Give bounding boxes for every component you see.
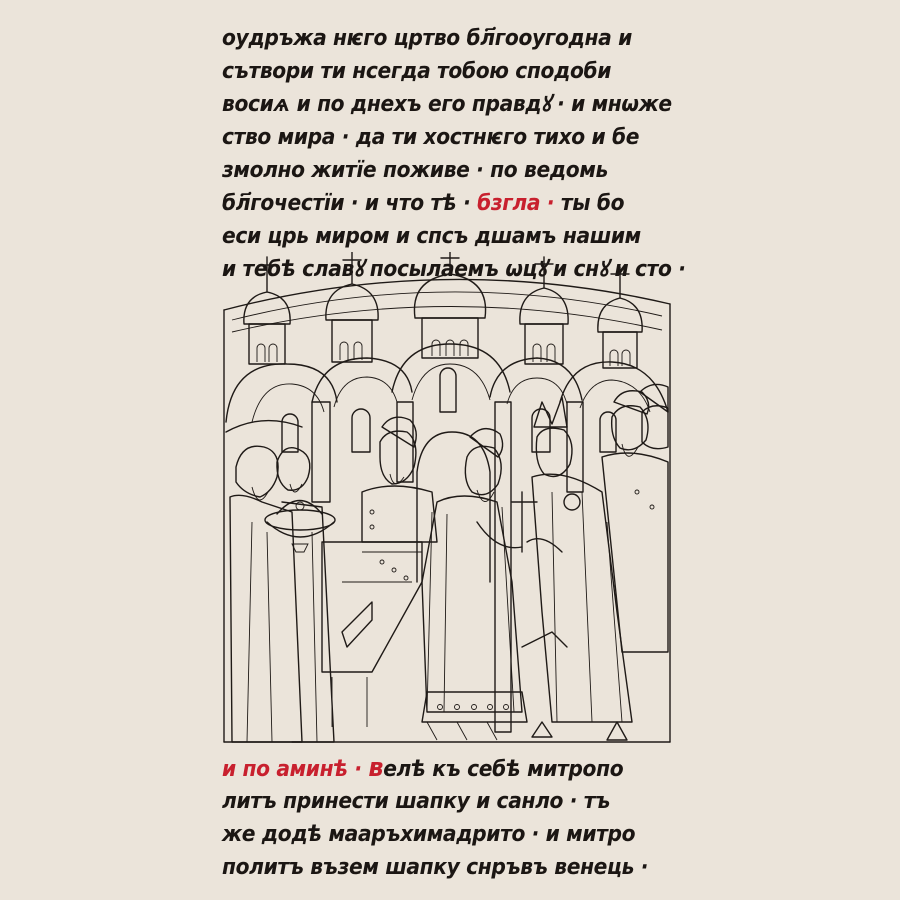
boyars-right	[602, 384, 668, 652]
arches	[226, 344, 668, 422]
metropolitan	[422, 429, 537, 740]
text-segment: восиѧ и по днехъ его правдꙋ · и мнѡже	[222, 92, 672, 117]
rubric-text: бзгла ·	[477, 191, 554, 216]
text-line: ство мира · да ти хостнѥго тихо и бе	[222, 121, 654, 154]
text-segment: оудръжа нѥго цртво бл҃гооугодна и	[222, 26, 632, 51]
text-line: змолно житїе поживе · по ведомь	[222, 154, 654, 187]
text-segment: ство мира · да ти хостнѥго тихо и бе	[222, 125, 639, 150]
attendants-left	[230, 446, 335, 742]
cleric-behind-altar	[362, 417, 437, 542]
text-segment: же додѣ мааръхимадрито · и митро	[222, 822, 635, 847]
text-line: оудръжа нѥго цртво бл҃гооугодна и	[222, 22, 654, 55]
text-segment: ты бо	[554, 191, 624, 216]
rubric-text: и по аминѣ ·	[222, 757, 368, 782]
text-segment: змолно житїе поживе · по ведомь	[222, 158, 608, 183]
text-line: и по аминѣ · велѣ къ себѣ митропо	[222, 752, 654, 785]
text-line: же додѣ мааръхимадрито · и митро	[222, 818, 654, 851]
rubric-initial: в	[368, 753, 383, 783]
text-line: бл҃гочестїи · и что тѣ · бзгла · ты бо	[222, 187, 654, 220]
coronation-illustration	[222, 252, 672, 744]
text-line: политъ възем шапку снръвъ венець ·	[222, 851, 654, 884]
text-segment: бл҃гочестїи · и что тѣ ·	[222, 191, 477, 216]
illustration-drawing	[222, 252, 672, 744]
manuscript-page: оудръжа нѥго цртво бл҃гооугодна и сътвор…	[0, 0, 900, 900]
text-line: сътвори ти нсегда тобою сподоби	[222, 55, 654, 88]
text-segment: еси црь миром и спсъ дшамъ нашим	[222, 224, 641, 249]
domes	[244, 252, 642, 368]
text-bottom-block: и по аминѣ · велѣ къ себѣ митропо литъ п…	[222, 752, 692, 884]
text-segment: елѣ къ себѣ митропо	[383, 757, 623, 782]
text-segment: политъ възем шапку снръвъ венець ·	[222, 855, 648, 880]
text-segment: сътвори ти нсегда тобою сподоби	[222, 59, 611, 84]
text-line: литъ принести шапку и санло · тъ	[222, 785, 654, 818]
text-segment: литъ принести шапку и санло · тъ	[222, 789, 610, 814]
text-top-block: оудръжа нѥго цртво бл҃гооугодна и сътвор…	[222, 22, 692, 286]
text-line: восиѧ и по днехъ его правдꙋ · и мнѡже	[222, 88, 654, 121]
text-line: еси црь миром и спсъ дшамъ нашим	[222, 220, 654, 253]
altar	[322, 542, 422, 727]
